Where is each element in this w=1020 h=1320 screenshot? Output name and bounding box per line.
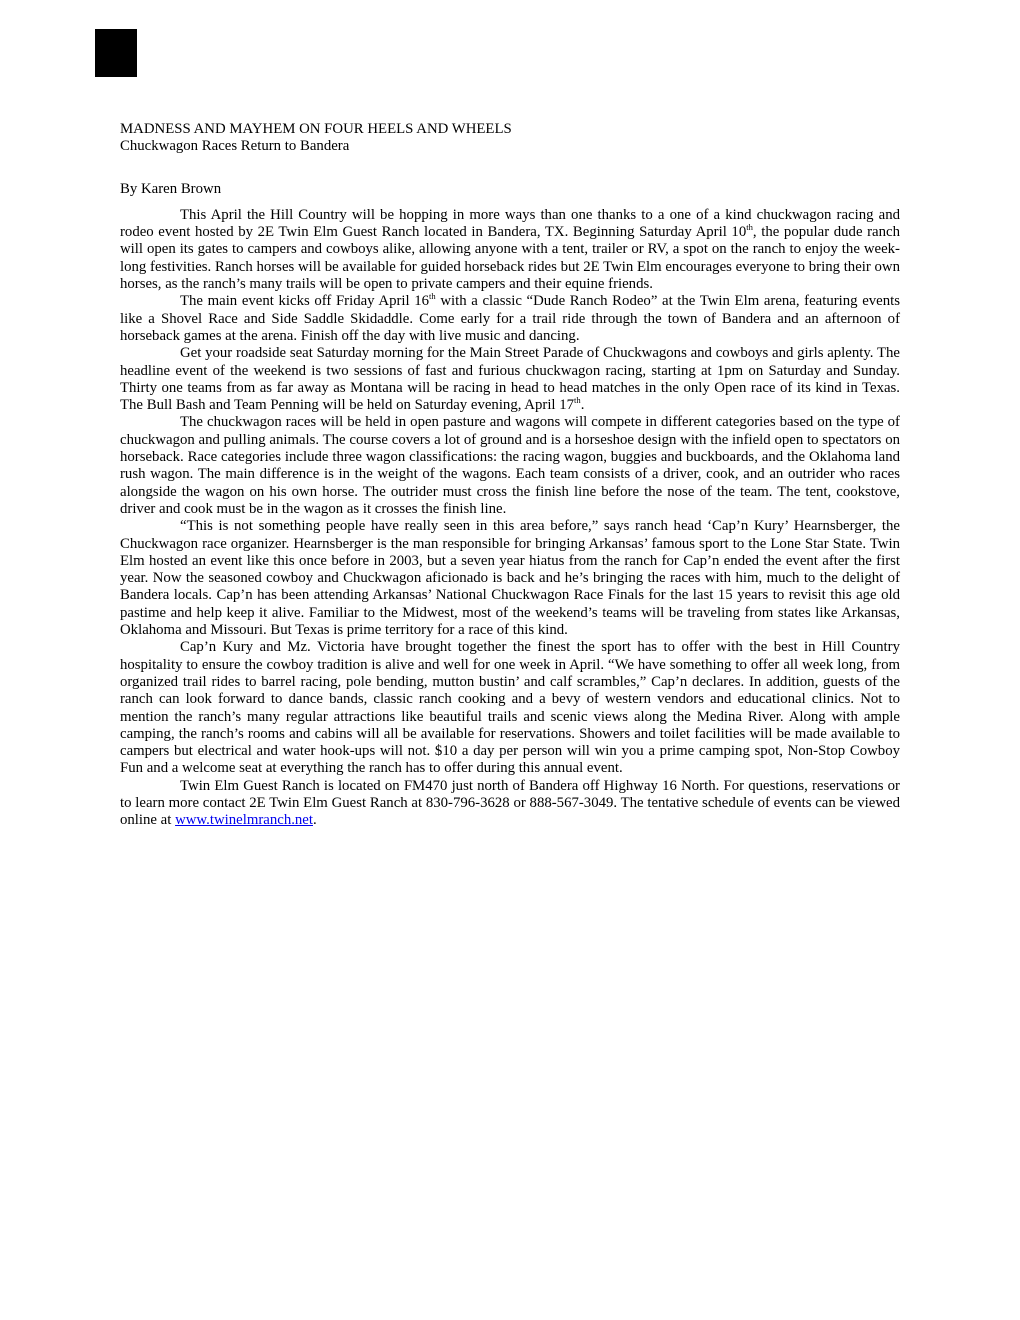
paragraph: The chuckwagon races will be held in ope… (120, 414, 900, 518)
paragraph: The main event kicks off Friday April 16… (120, 293, 900, 345)
ordinal-superscript: th (574, 395, 581, 405)
byline: By Karen Brown (120, 181, 900, 198)
paragraph: “This is not something people have reall… (120, 518, 900, 639)
paragraph: Get your roadside seat Saturday morning … (120, 345, 900, 414)
paragraph: This April the Hill Country will be hopp… (120, 207, 900, 293)
paragraph: Cap’n Kury and Mz. Victoria have brought… (120, 639, 900, 777)
ordinal-superscript: th (746, 222, 753, 232)
paragraph: Twin Elm Guest Ranch is located on FM470… (120, 778, 900, 830)
image-placeholder-artifact (95, 29, 137, 77)
document-body: This April the Hill Country will be hopp… (120, 207, 900, 830)
document-content: MADNESS AND MAYHEM ON FOUR HEELS AND WHE… (120, 121, 900, 830)
document-title: MADNESS AND MAYHEM ON FOUR HEELS AND WHE… (120, 121, 900, 138)
document-subtitle: Chuckwagon Races Return to Bandera (120, 138, 900, 155)
document-page: MADNESS AND MAYHEM ON FOUR HEELS AND WHE… (0, 0, 1020, 1320)
ordinal-superscript: th (429, 291, 436, 301)
website-link[interactable]: www.twinelmranch.net (175, 812, 313, 828)
